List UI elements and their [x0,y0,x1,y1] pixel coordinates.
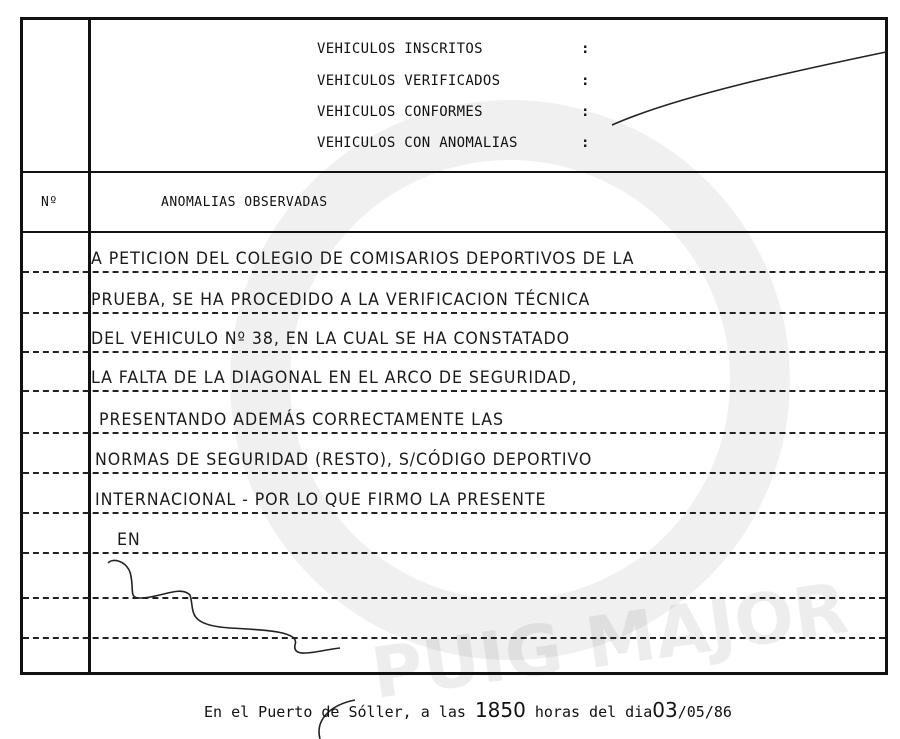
footer-hour: 1850 [475,698,526,722]
footer-date: /05/86 [678,703,732,721]
footer-prefix: En el Puerto de Sóller, a las [204,703,466,721]
footer-statement: En el Puerto de Sóller, a las 1850 horas… [204,698,732,722]
pen-strokes [0,0,900,739]
arrow-stroke [612,52,886,125]
footer-day: 03 [652,698,677,722]
footer-middle: horas del dia [535,703,652,721]
strike-squiggle [108,560,340,653]
